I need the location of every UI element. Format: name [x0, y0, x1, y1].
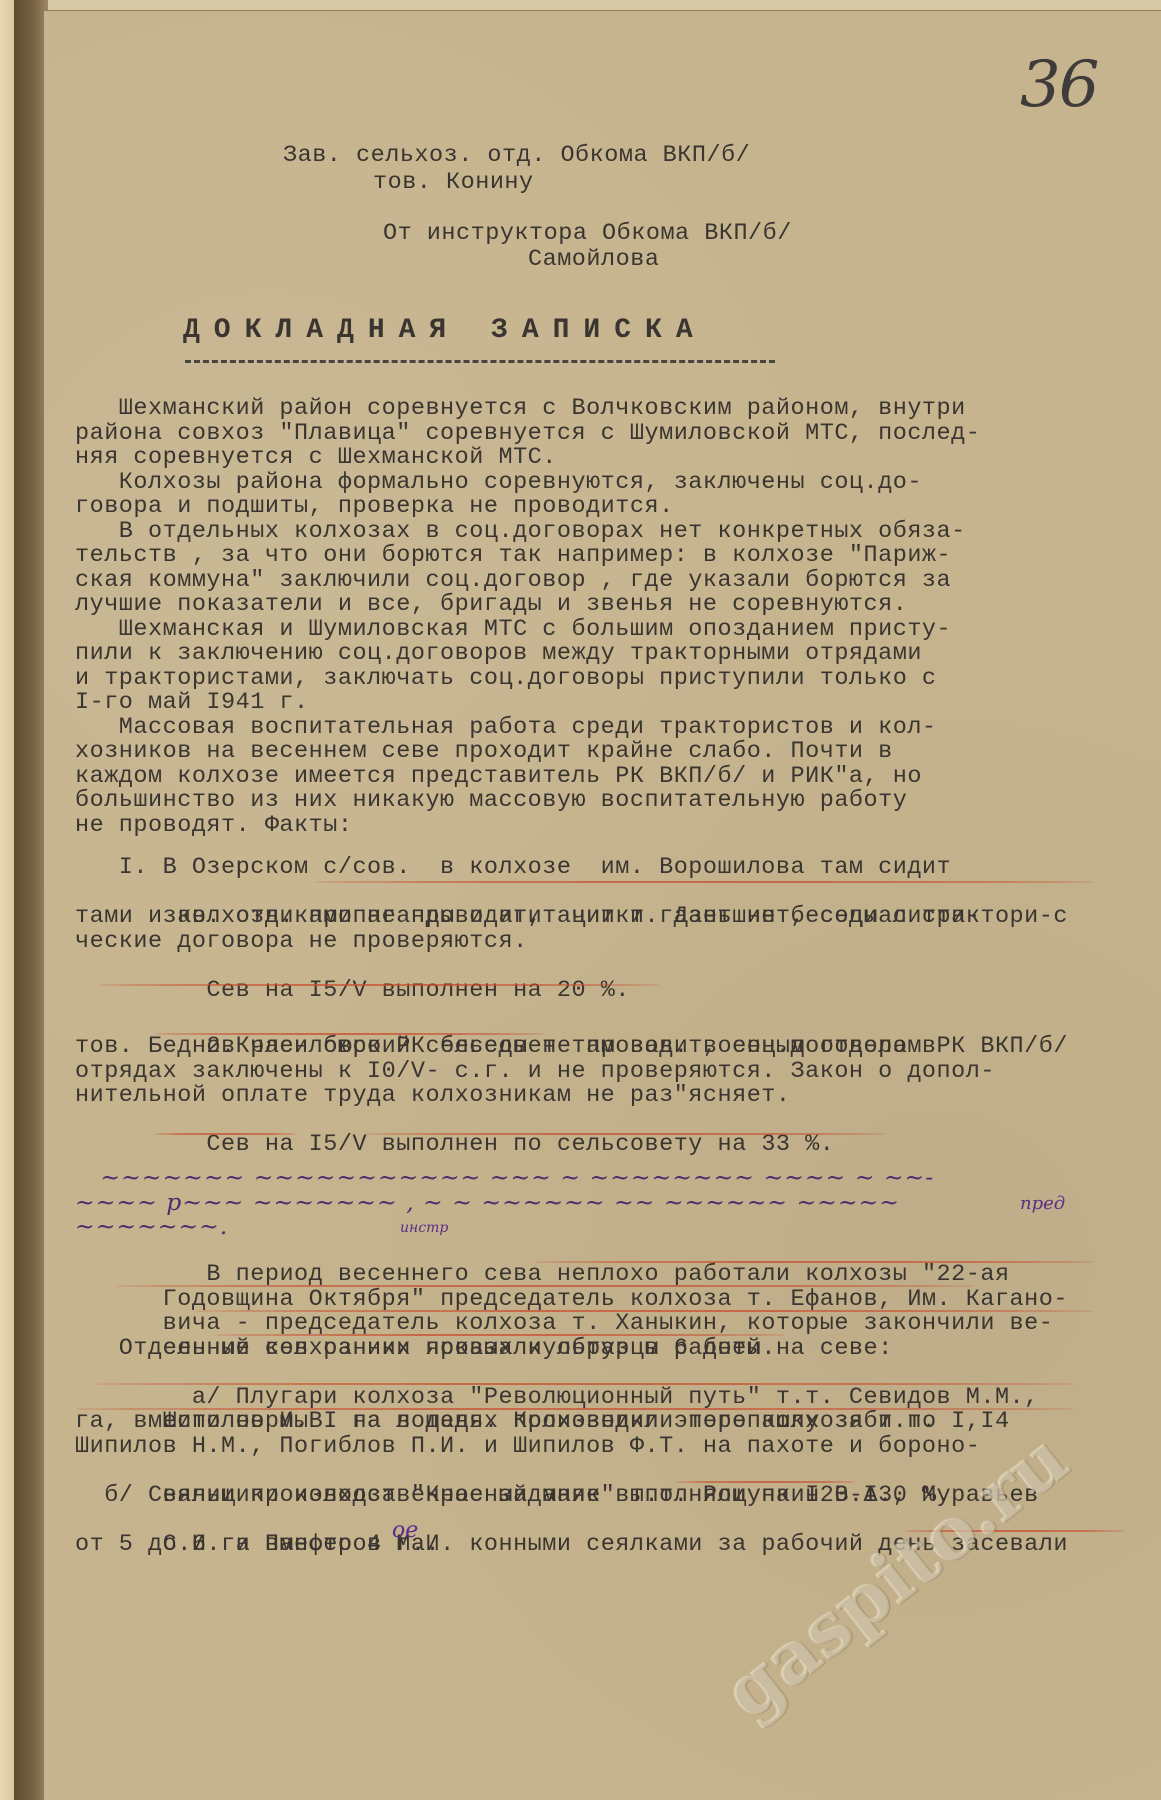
text-line: говора и подшиты, проверка не проводится…: [75, 495, 1155, 520]
text-line: тами и колхозниками не проводит, читки г…: [75, 905, 1155, 930]
recipient-line-1: Зав. сельхоз. отд. Обкома ВКП/б/: [283, 142, 750, 169]
struck-line: ~~~~~~~.: [75, 1214, 1155, 1239]
text-line: Сев на I5/V выполнен по сельсовету на 33…: [75, 1109, 1155, 1134]
text-line: тов. Беднов член бюро РК беседы не прово…: [75, 1035, 1155, 1060]
text-line: I. В Озерском с/сов. в колхозе им. Ворош…: [75, 856, 1155, 881]
handwritten-insert: пред: [1020, 1193, 1065, 1214]
text-line: сенний сев ранних яровых культур в 6 дне…: [75, 1312, 1155, 1337]
text-line: отрядах заключены к I0/V- с.г. и не пров…: [75, 1060, 1155, 1085]
text-line: Сев на I5/V выполнен на 20 %.: [75, 954, 1155, 979]
text-line: Массовая воспитательная работа среди тра…: [75, 716, 1155, 741]
text-line: 2.Красиловский сельсовет там зав. военны…: [75, 1011, 1155, 1036]
struck-out-passage: ~~~~~~~ ~~~~~~~~~~~ ~~~ ~ ~~~~~~~~ ~~~~ …: [75, 1165, 1155, 1239]
text-line: и трактористами, заключать соц.договоры …: [75, 667, 1155, 692]
text-line: В отдельных колхозах в соц.договорах нет…: [75, 520, 1155, 545]
text-line: лучшие показатели и все, бригады и звень…: [75, 593, 1155, 618]
text-line: хозников на весеннем севе проходит крайн…: [75, 740, 1155, 765]
recipient-line-2: тов. Конину: [373, 169, 534, 196]
text-line: зав. отд. пропаганды и агитации т. Даньш…: [75, 881, 1155, 906]
text-line: га, вместо нормы I га в день. Колхозники…: [75, 1410, 1155, 1435]
text-line: вича - председатель колхоза т. Ханыкин, …: [75, 1288, 1155, 1313]
struck-line: ~~~~~~~ ~~~~~~~~~~~ ~~~ ~ ~~~~~~~~ ~~~~ …: [75, 1165, 1155, 1190]
text-line: пили к заключению соц.договоров между тр…: [75, 642, 1155, 667]
document-body: Шехманский район соревнуется с Волчковск…: [75, 397, 1155, 1557]
text-line: Отдельные колхозники показали образцы ра…: [75, 1337, 1155, 1362]
intro-section: Шехманский район соревнуется с Волчковск…: [75, 397, 1155, 838]
text-line: нительной оплате труда колхозникам не ра…: [75, 1084, 1155, 1109]
text-line: Колхозы района формально соревнуются, за…: [75, 471, 1155, 496]
text-line: а/ Плугари колхоза "Революционный путь" …: [75, 1361, 1155, 1386]
text-line: тельств , за что они борются так наприме…: [75, 544, 1155, 569]
handwritten-insert: инстр: [400, 1220, 448, 1236]
document-title: ДОКЛАДНАЯ ЗАПИСКА: [183, 315, 707, 346]
text-line: Шипилов И.В. на лошадях производили пере…: [75, 1386, 1155, 1411]
text-line: района совхоз "Плавица" соревнуется с Шу…: [75, 422, 1155, 447]
title-underline: [185, 360, 775, 363]
page-number: 36: [1020, 48, 1097, 122]
text-line: каждом колхозе имеется представитель РК …: [75, 765, 1155, 790]
sender-line-1: От инструктора Обкома ВКП/б/: [383, 220, 792, 247]
red-pencil-underline: [155, 1133, 295, 1135]
struck-line: ~~~~ р~~~ ~~~~~~~ , ~ ~ ~~~~~~ ~~ ~~~~~~…: [75, 1190, 1155, 1215]
red-pencil-underline: [315, 881, 1095, 883]
red-pencil-underline: [365, 1133, 885, 1135]
sender-line-2: Самойлова: [528, 246, 659, 273]
text-line: I-го май I941 г.: [75, 691, 1155, 716]
text-line: В период весеннего сева неплохо работали…: [75, 1239, 1155, 1264]
text-line: большинство из них никакую массовую восп…: [75, 789, 1155, 814]
fact-1-section: I. В Озерском с/сов. в колхозе им. Ворош…: [75, 856, 1155, 979]
fact-2-section: 2.Красиловский сельсовет там зав. военны…: [75, 1011, 1155, 1134]
text-line: Шехманская и Шумиловская МТС с большим о…: [75, 618, 1155, 643]
text-line: Годовщина Октября" председатель колхоза …: [75, 1263, 1155, 1288]
text-line: ческие договора не проверяются.: [75, 930, 1155, 955]
text-line: няя соревнуется с Шехманской МТС.: [75, 446, 1155, 471]
text-line: не проводят. Факты:: [75, 814, 1155, 839]
red-pencil-underline: [100, 984, 660, 986]
text-line: ская коммуна" заключили соц.договор , гд…: [75, 569, 1155, 594]
text-line: Шехманский район соревнуется с Волчковск…: [75, 397, 1155, 422]
binding-shadow: [14, 0, 48, 1800]
handwritten-correction: ое: [392, 1518, 418, 1543]
